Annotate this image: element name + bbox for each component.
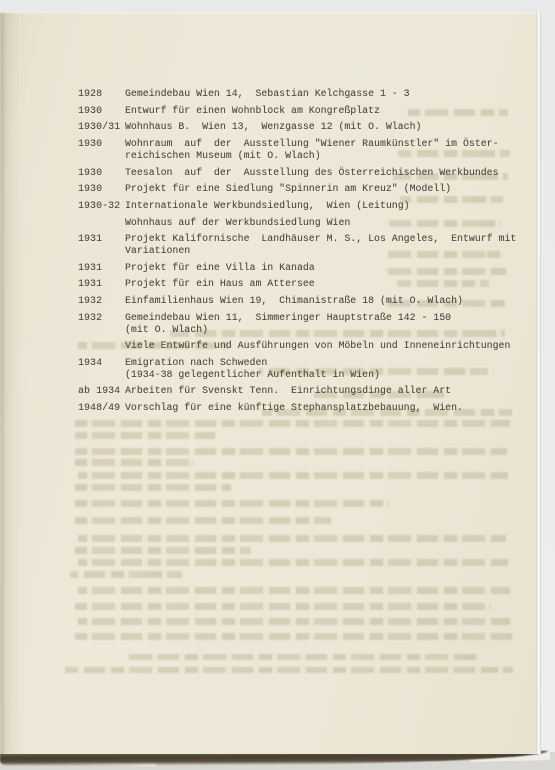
bleedthrough-line [75,603,491,610]
chronology-entry: 1932 Gemeindebau Wien 11, Simmeringer Ha… [78,312,518,335]
entry-year: 1932 [78,312,125,324]
chronology-entry: 1928 Gemeindebau Wien 14, Sebastian Kelc… [78,88,518,100]
bleedthrough-line [65,667,513,673]
entry-text: Viele Entwürfe und Ausführungen von Möbe… [125,340,518,352]
chronology-entry: 1934 Emigration nach Schweden (1934-38 g… [78,357,518,380]
entry-text: Vorschlag für eine künftige Stephansplat… [125,402,518,414]
chronology-entry: Viele Entwürfe und Ausführungen von Möbe… [78,340,518,352]
chronology-entry: 1948/49 Vorschlag für eine künftige Step… [78,402,518,414]
chronology-entry: ab 1934 Arbeiten für Svenskt Tenn. Einri… [78,385,518,397]
page-right-edge [536,12,541,754]
bleedthrough-line [75,432,215,439]
entry-year: 1930 [78,167,125,179]
bleedthrough-line [75,420,510,427]
book-page: 1928 Gemeindebau Wien 14, Sebastian Kelc… [0,12,541,754]
bleedthrough-line [78,587,510,594]
bleedthrough-line [75,459,193,466]
entry-text: Teesalon auf der Ausstellung des Österre… [125,167,518,179]
chronology-entry: 1931 Projekt für ein Haus am Attersee [78,278,518,290]
chronology-entry: 1930 Projekt für eine Siedlung "Spinneri… [78,183,518,195]
entry-text: Gemeindebau Wien 14, Sebastian Kelchgass… [125,88,518,100]
bleedthrough-line [75,500,389,507]
entry-year: 1930 [78,183,125,195]
entry-year: ab 1934 [78,385,125,397]
entry-year: 1930 [78,138,125,150]
bleedthrough-line [75,547,251,554]
entry-text: Wohnhaus auf der Werkbundsiedlung Wien [125,217,518,229]
bleedthrough-line [78,472,508,479]
entry-text: Projekt für eine Villa in Kanada [125,262,518,274]
entry-year: 1930 [78,105,125,117]
chronology-entry: 1930 Entwurf für einen Wohnblock am Kong… [78,105,518,117]
entry-year: 1948/49 [78,402,125,414]
entry-year: 1931 [78,278,125,290]
bleedthrough-line [75,517,331,524]
entry-year: 1932 [78,295,125,307]
bleedthrough-line [78,535,506,542]
entry-year: 1930-32 [78,200,125,212]
entry-text: Projekt Kalifornische Landhäuser M. S., … [125,233,518,256]
scan-background: 1928 Gemeindebau Wien 14, Sebastian Kelc… [0,0,555,770]
entry-year: 1930/31 [78,121,125,133]
entry-text: Einfamilienhaus Wien 19, Chimanistraße 1… [125,295,518,307]
entry-text: Gemeindebau Wien 11, Simmeringer Hauptst… [125,312,518,335]
chronology-entry: 1930/31 Wohnhaus B. Wien 13, Wenzgasse 1… [78,121,518,133]
entry-year: 1934 [78,357,125,369]
entry-text: Entwurf für einen Wohnblock am Kongreßpl… [125,105,518,117]
chronology-list: 1928 Gemeindebau Wien 14, Sebastian Kelc… [78,88,518,419]
entry-year: 1931 [78,233,125,245]
entry-year: 1931 [78,262,125,274]
chronology-entry: 1932 Einfamilienhaus Wien 19, Chimanistr… [78,295,518,307]
bleedthrough-line [75,633,512,640]
bleedthrough-line [75,448,507,455]
entry-text: Wohnhaus B. Wien 13, Wenzgasse 12 (mit O… [125,121,518,133]
entry-text: Projekt für ein Haus am Attersee [125,278,518,290]
bleedthrough-line [75,484,231,491]
chronology-entry: 1930 Teesalon auf der Ausstellung des Ös… [78,167,518,179]
chronology-entry: 1931 Projekt für eine Villa in Kanada [78,262,518,274]
bleedthrough-line [70,571,182,578]
entry-text: Wohnraum auf der Ausstellung "Wiener Rau… [125,138,518,161]
entry-text: Emigration nach Schweden (1934-38 gelege… [125,357,518,380]
chronology-entry: Wohnhaus auf der Werkbundsiedlung Wien [78,217,518,229]
bleedthrough-line [78,559,508,566]
chronology-entry: 1930-32 Internationale Werkbundsiedlung,… [78,200,518,212]
chronology-entry: 1931 Projekt Kalifornische Landhäuser M.… [78,233,518,256]
entry-text: Projekt für eine Siedlung "Spinnerin am … [125,183,518,195]
bleedthrough-line [78,618,510,625]
entry-text: Arbeiten für Svenskt Tenn. Einrichtungsd… [125,385,518,397]
entry-year: 1928 [78,88,125,100]
bleedthrough-line [128,654,480,660]
entry-text: Internationale Werkbundsiedlung, Wien (L… [125,200,518,212]
chronology-entry: 1930 Wohnraum auf der Ausstellung "Wiene… [78,138,518,161]
